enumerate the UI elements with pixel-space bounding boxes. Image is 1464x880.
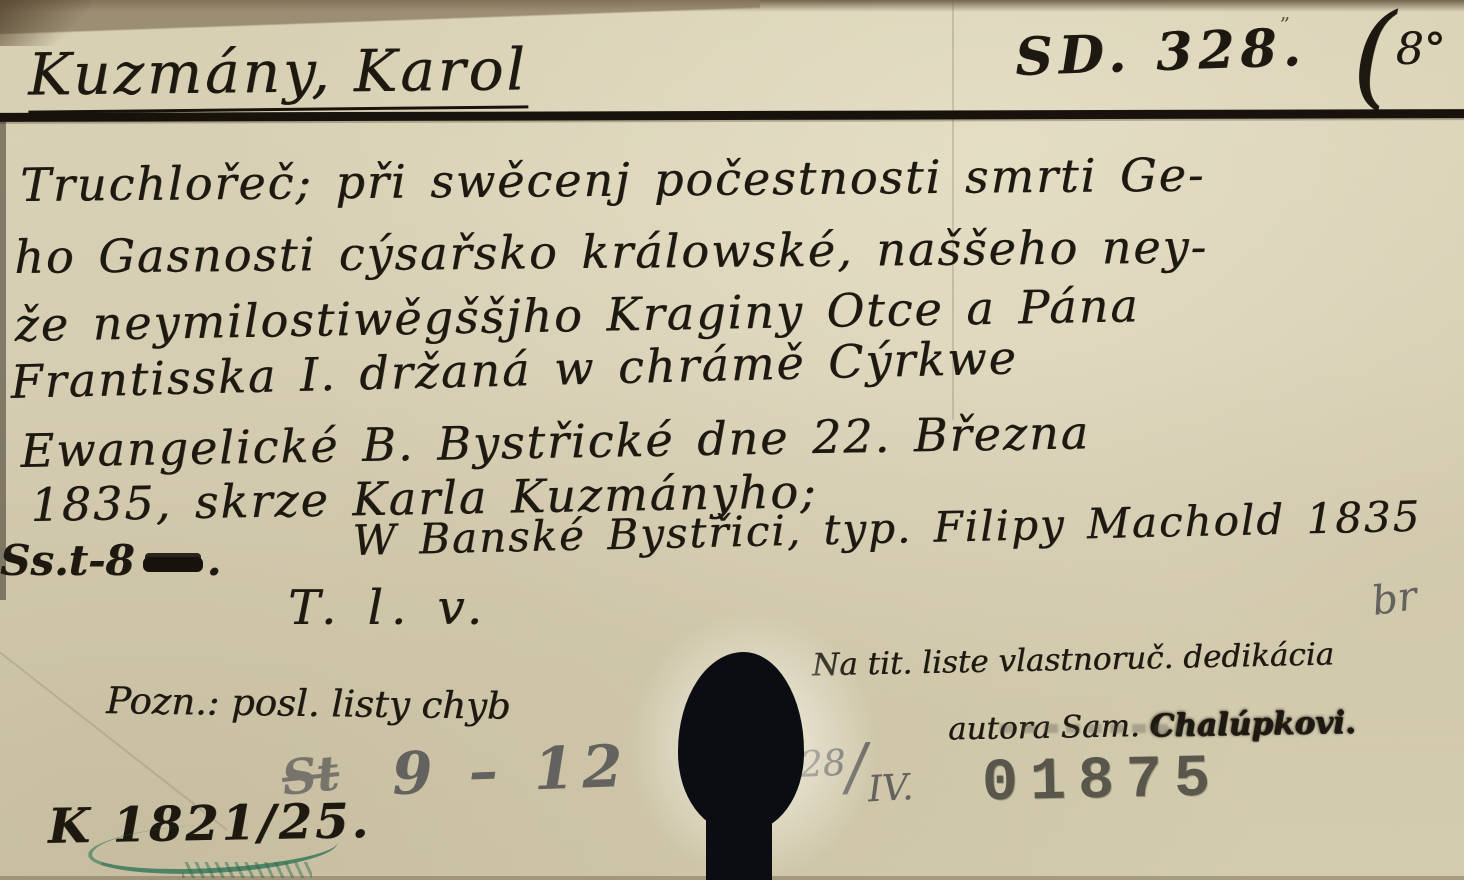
format-note: (8° bbox=[1352, 6, 1446, 107]
scan-top-left-edge bbox=[0, 0, 760, 34]
dedication-line-1: Na tit. liste vlastnoruč. dedikácia bbox=[812, 637, 1335, 684]
remark-note: Pozn.: posl. listy chyb bbox=[106, 679, 511, 728]
accession-stamp-number: 01875 bbox=[981, 745, 1222, 818]
pencil-page-range: 9 – 12 bbox=[391, 732, 632, 808]
tlv-note: T. l. v. bbox=[288, 580, 490, 636]
title-line-5: Ewangelické B. Bystřické dne 22. Března bbox=[20, 405, 1090, 478]
title-line-1: Truchlořeč; při swěcenj počestnosti smrt… bbox=[20, 148, 1206, 212]
torn-corner bbox=[0, 0, 90, 46]
pencil-initials: br bbox=[1369, 573, 1420, 625]
margin-code-dot: . bbox=[207, 536, 222, 585]
struck-word bbox=[143, 557, 203, 572]
corner-marks: „ bbox=[1280, 0, 1290, 24]
faint-stamp-remnant bbox=[1000, 724, 1180, 733]
shelfmark: SD. 328. bbox=[1014, 17, 1308, 88]
author-heading: Kuzmány, Karol bbox=[28, 35, 529, 113]
margin-code-text: Ss.t-8 bbox=[0, 536, 135, 585]
punched-hole-slot bbox=[706, 806, 772, 880]
title-line-2: ho Gasnosti cýsařsko králowské, naššeho … bbox=[14, 220, 1208, 284]
format-size: 8° bbox=[1396, 24, 1446, 75]
format-paren: ( bbox=[1352, 0, 1396, 121]
punched-hole bbox=[678, 652, 804, 832]
margin-format-code: Ss.t-8. bbox=[0, 536, 221, 585]
dedication-name-blotted: Chalúpkovi. bbox=[1149, 704, 1356, 744]
green-hatch-mark bbox=[182, 862, 312, 878]
catalog-card: Kuzmány, Karol SD. 328. (8° „ Truchlořeč… bbox=[0, 0, 1464, 880]
scan-left-edge bbox=[0, 120, 6, 600]
